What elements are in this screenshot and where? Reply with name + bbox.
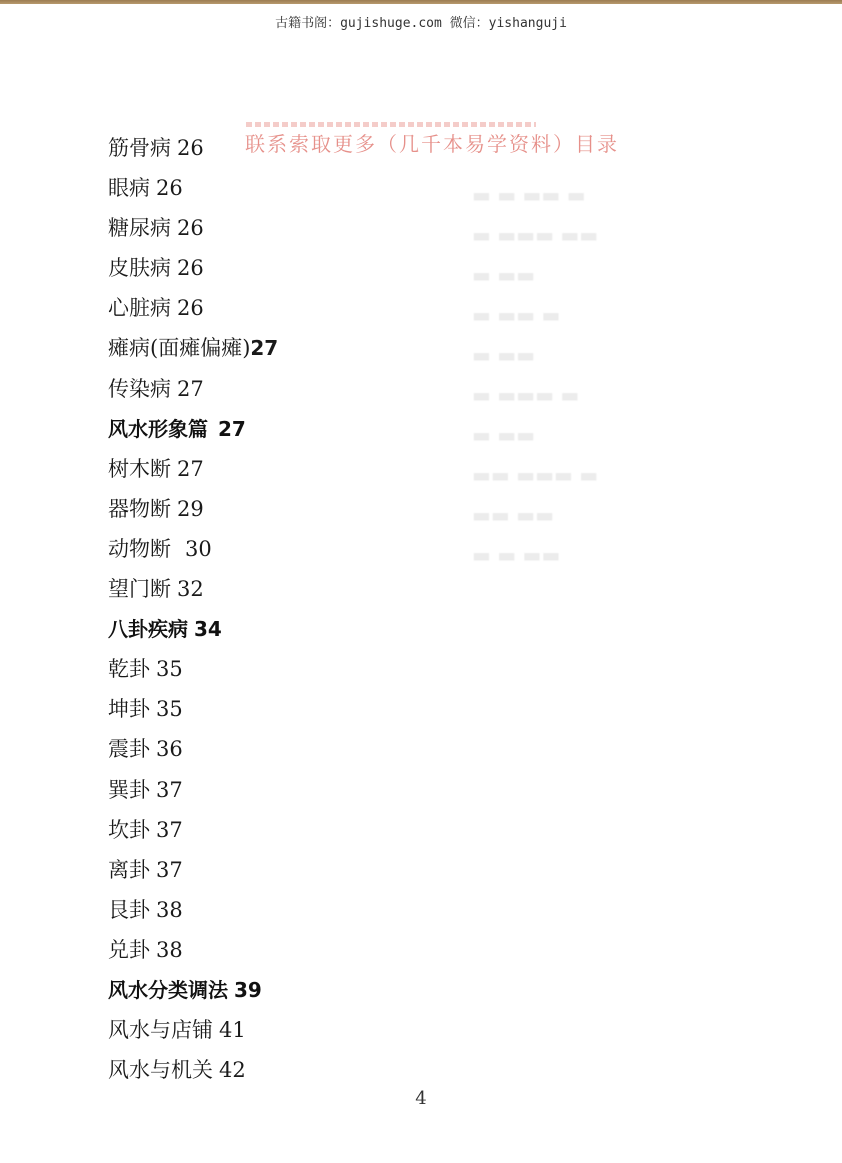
toc-item-title: 风水与店铺 [108,1018,213,1042]
toc-item-page: 29 [177,497,204,521]
toc-item[interactable]: 兑卦38 [108,930,278,970]
toc-item-title: 八卦疾病 [108,617,188,641]
toc-item-page: 27 [250,336,278,360]
toc-item-title: 树木断 [108,457,171,481]
top-border [0,0,842,4]
toc-item-title: 皮肤病 [108,256,171,280]
toc-item-title: 瘫病(面瘫偏瘫) [108,336,250,360]
toc-item-page: 27 [218,417,246,441]
toc-item-title: 艮卦 [108,898,150,922]
site-header: 古籍书阁：gujishuge.com 微信：yishanguji [0,12,842,31]
toc-item-title: 风水分类调法 [108,978,228,1002]
watermark: 联系索取更多（几千本易学资料）目录 [245,128,619,157]
toc-section-heading[interactable]: 八卦疾病34 [108,609,278,649]
watermark-cutoff-line [246,122,536,127]
toc-item-page: 34 [194,617,222,641]
toc-item-page: 37 [156,818,183,842]
toc-item[interactable]: 瘫病(面瘫偏瘫)27 [108,328,278,368]
toc-item-title: 风水形象篇 [108,417,208,441]
toc-item[interactable]: 眼病26 [108,168,278,208]
toc-item[interactable]: 坤卦35 [108,689,278,729]
toc-item-page: 27 [177,377,204,401]
toc-item-title: 兑卦 [108,938,150,962]
toc-item[interactable]: 离卦37 [108,850,278,890]
toc-item[interactable]: 树木断27 [108,449,278,489]
toc-item-title: 乾卦 [108,657,150,681]
toc-item-page: 35 [156,657,183,681]
toc-item[interactable]: 皮肤病26 [108,248,278,288]
toc-item-page: 39 [234,978,262,1002]
toc-item-title: 心脏病 [108,296,171,320]
toc-item-title: 离卦 [108,858,150,882]
toc-item-title: 望门断 [108,577,171,601]
toc-item[interactable]: 震卦36 [108,729,278,769]
toc-item-title: 风水与机关 [108,1058,213,1082]
toc-item[interactable]: 糖尿病26 [108,208,278,248]
toc-item-page: 37 [156,858,183,882]
toc-item-title: 动物断 [108,537,171,561]
toc-item-page: 26 [177,136,204,160]
toc-item[interactable]: 坎卦37 [108,810,278,850]
toc-item-page: 26 [177,256,204,280]
toc-item-title: 筋骨病 [108,136,171,160]
toc-item-page: 37 [156,778,183,802]
toc-item-title: 坎卦 [108,818,150,842]
toc-item[interactable]: 风水与店铺41 [108,1010,278,1050]
toc-item[interactable]: 心脏病26 [108,288,278,328]
toc-item[interactable]: 传染病27 [108,369,278,409]
toc-item-title: 巽卦 [108,778,150,802]
toc-item-page: 30 [185,537,212,561]
toc-item-page: 26 [177,296,204,320]
toc-item-page: 38 [156,898,183,922]
toc-item-title: 眼病 [108,176,150,200]
toc-item-page: 26 [177,216,204,240]
toc-item-page: 27 [177,457,204,481]
toc-item-page: 41 [219,1018,246,1042]
toc-section-heading[interactable]: 风水形象篇27 [108,409,278,449]
toc-item-page: 36 [156,737,183,761]
toc-item[interactable]: 巽卦37 [108,770,278,810]
toc-item-page: 32 [177,577,204,601]
page-number: 4 [0,1088,842,1109]
toc-item[interactable]: 风水与机关42 [108,1050,278,1090]
toc-item-page: 26 [156,176,183,200]
toc-item[interactable]: 器物断29 [108,489,278,529]
toc-item-title: 器物断 [108,497,171,521]
toc-item[interactable]: 乾卦35 [108,649,278,689]
toc-item-title: 传染病 [108,377,171,401]
toc-section-heading[interactable]: 风水分类调法39 [108,970,278,1010]
toc-item-title: 震卦 [108,737,150,761]
table-of-contents: 筋骨病26 眼病26 糖尿病26 皮肤病26 心脏病26 瘫病(面瘫偏瘫)27 … [108,128,278,1090]
toc-item-title: 坤卦 [108,697,150,721]
toc-item-title: 糖尿病 [108,216,171,240]
toc-item-page: 35 [156,697,183,721]
toc-item[interactable]: 动物断30 [108,529,278,569]
bleed-through-text: ▬ ▬▬ ▬ ▬ ▬▬ ▬▬▬ ▬ ▬▬ ▬ ▬ ▬▬ ▬ ▬▬ ▬ ▬ ▬▬▬… [472,175,772,575]
toc-item-page: 42 [219,1058,246,1082]
toc-item[interactable]: 望门断32 [108,569,278,609]
toc-item-page: 38 [156,938,183,962]
toc-item[interactable]: 艮卦38 [108,890,278,930]
toc-item[interactable]: 筋骨病26 [108,128,278,168]
